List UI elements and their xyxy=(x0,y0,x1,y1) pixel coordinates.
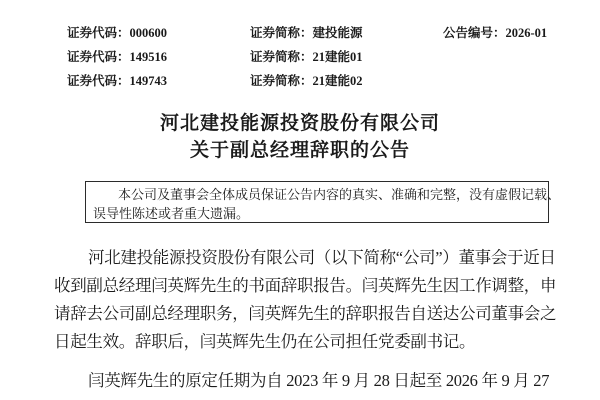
securities-code: 证券代码：000600 xyxy=(67,25,167,41)
securities-shortname: 证券简称：21建能02 xyxy=(250,73,363,89)
document-title-line1: 河北建投能源投资股份有限公司 xyxy=(0,110,600,137)
disclaimer-box: 本公司及董事会全体成员保证公告内容的真实、准确和完整，没有虚假记载、 误导性陈述… xyxy=(85,181,549,223)
body-paragraph1-line1: 河北建投能源投资股份有限公司（以下简称“公司”）董事会于近日 xyxy=(54,244,566,272)
announcement-number: 公告编号：2026-01 xyxy=(443,25,547,41)
body-paragraph1-line3: 请辞去公司副总经理职务，闫英辉先生的辞职报告自送达公司董事会之 xyxy=(54,300,566,328)
body-paragraph2-line1: 闫英辉先生的原定任期为自 2023 年 9 月 28 日起至 2026 年 9 … xyxy=(54,367,566,395)
document-title-line2: 关于副总经理辞职的公告 xyxy=(0,137,600,164)
securities-header-row: 证券代码：149743 证券简称：21建能02 xyxy=(0,73,600,89)
disclaimer-text-line1: 本公司及董事会全体成员保证公告内容的真实、准确和完整，没有虚假记载、 xyxy=(93,185,541,204)
securities-header-row: 证券代码：149516 证券简称：21建能01 xyxy=(0,49,600,65)
announcement-document: 证券代码：000600 证券简称：建投能源 公告编号：2026-01 证券代码：… xyxy=(0,0,600,400)
disclaimer-text-line2: 误导性陈述或者重大遗漏。 xyxy=(93,204,541,223)
body-paragraph1-line4: 日起生效。辞职后，闫英辉先生仍在公司担任党委副书记。 xyxy=(54,328,566,356)
securities-shortname: 证券简称：21建能01 xyxy=(250,49,363,65)
securities-header-row: 证券代码：000600 证券简称：建投能源 公告编号：2026-01 xyxy=(0,25,600,41)
securities-code: 证券代码：149743 xyxy=(67,73,167,89)
document-title: 河北建投能源投资股份有限公司 关于副总经理辞职的公告 xyxy=(0,110,600,164)
securities-code: 证券代码：149516 xyxy=(67,49,167,65)
announcement-body: 河北建投能源投资股份有限公司（以下简称“公司”）董事会于近日 收到副总经理闫英辉… xyxy=(54,244,566,395)
body-paragraph1-line2: 收到副总经理闫英辉先生的书面辞职报告。闫英辉先生因工作调整，申 xyxy=(54,272,566,300)
securities-shortname: 证券简称：建投能源 xyxy=(250,25,363,41)
